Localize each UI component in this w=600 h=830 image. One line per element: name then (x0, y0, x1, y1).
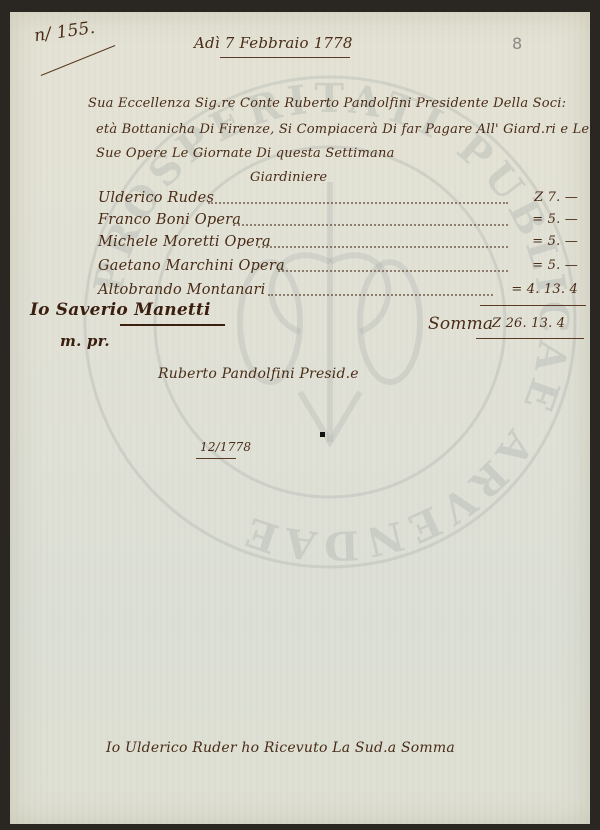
entry-name: Michele Moretti Opera (98, 234, 271, 250)
body-line-3: Sue Opere Le Giornate Di questa Settiman… (96, 146, 395, 161)
entry-amount: Z 7. — (534, 190, 578, 205)
date-line: Adì 7 Febbraio 1778 (194, 34, 353, 52)
svg-text:PROSPERITATI PUBLICAE ARVENDAE: PROSPERITATI PUBLICAE ARVENDAE (85, 75, 577, 570)
receipt-line: Io Ulderico Ruder ho Ricevuto La Sud.a S… (106, 740, 455, 756)
signature-president: Ruberto Pandolfini Presid.e (158, 366, 359, 382)
entry-amount: = 5. — (532, 234, 578, 249)
ledger-entry: Franco Boni Opera = 5. — (98, 212, 578, 232)
ledger-entry: Altobrando Montanari = 4. 13. 4 (98, 282, 578, 302)
entry-name: Franco Boni Opera (98, 212, 241, 228)
body-line-1: Sua Eccellenza Sig.re Conte Ruberto Pand… (88, 96, 566, 111)
section-heading: Giardiniere (250, 170, 327, 185)
entry-amount: = 5. — (532, 258, 578, 273)
folio-reference: n/ 155. (33, 18, 97, 46)
entry-name: Altobrando Montanari (98, 282, 265, 298)
body-line-2: età Bottanicha Di Firenze, Si Compiacerà… (96, 122, 589, 137)
registry-mark: 12/1778 (200, 440, 251, 454)
entry-amount: = 5. — (532, 212, 578, 227)
entry-name: Gaetano Marchini Opera (98, 258, 285, 274)
folio-number: 8 (512, 34, 522, 53)
document-page: PROSPERITATI PUBLICAE ARVENDAE n/ 155. A… (10, 12, 590, 824)
ledger-entry: Michele Moretti Opera = 5. — (98, 234, 578, 254)
ledger-entry: Ulderico Rudes Z 7. — (98, 190, 578, 210)
total-amount: Z 26. 13. 4 (492, 316, 565, 331)
seal-watermark: PROSPERITATI PUBLICAE ARVENDAE (70, 62, 590, 582)
entry-amount: = 4. 13. 4 (511, 282, 578, 297)
ink-blot (320, 432, 325, 437)
signature-manetti: Io Saverio Manetti (30, 300, 211, 320)
ledger-entry: Gaetano Marchini Opera = 5. — (98, 258, 578, 278)
signature-manetti-title: m. pr. (60, 332, 110, 350)
total-label: Somma (428, 314, 493, 334)
entry-name: Ulderico Rudes (98, 190, 214, 206)
